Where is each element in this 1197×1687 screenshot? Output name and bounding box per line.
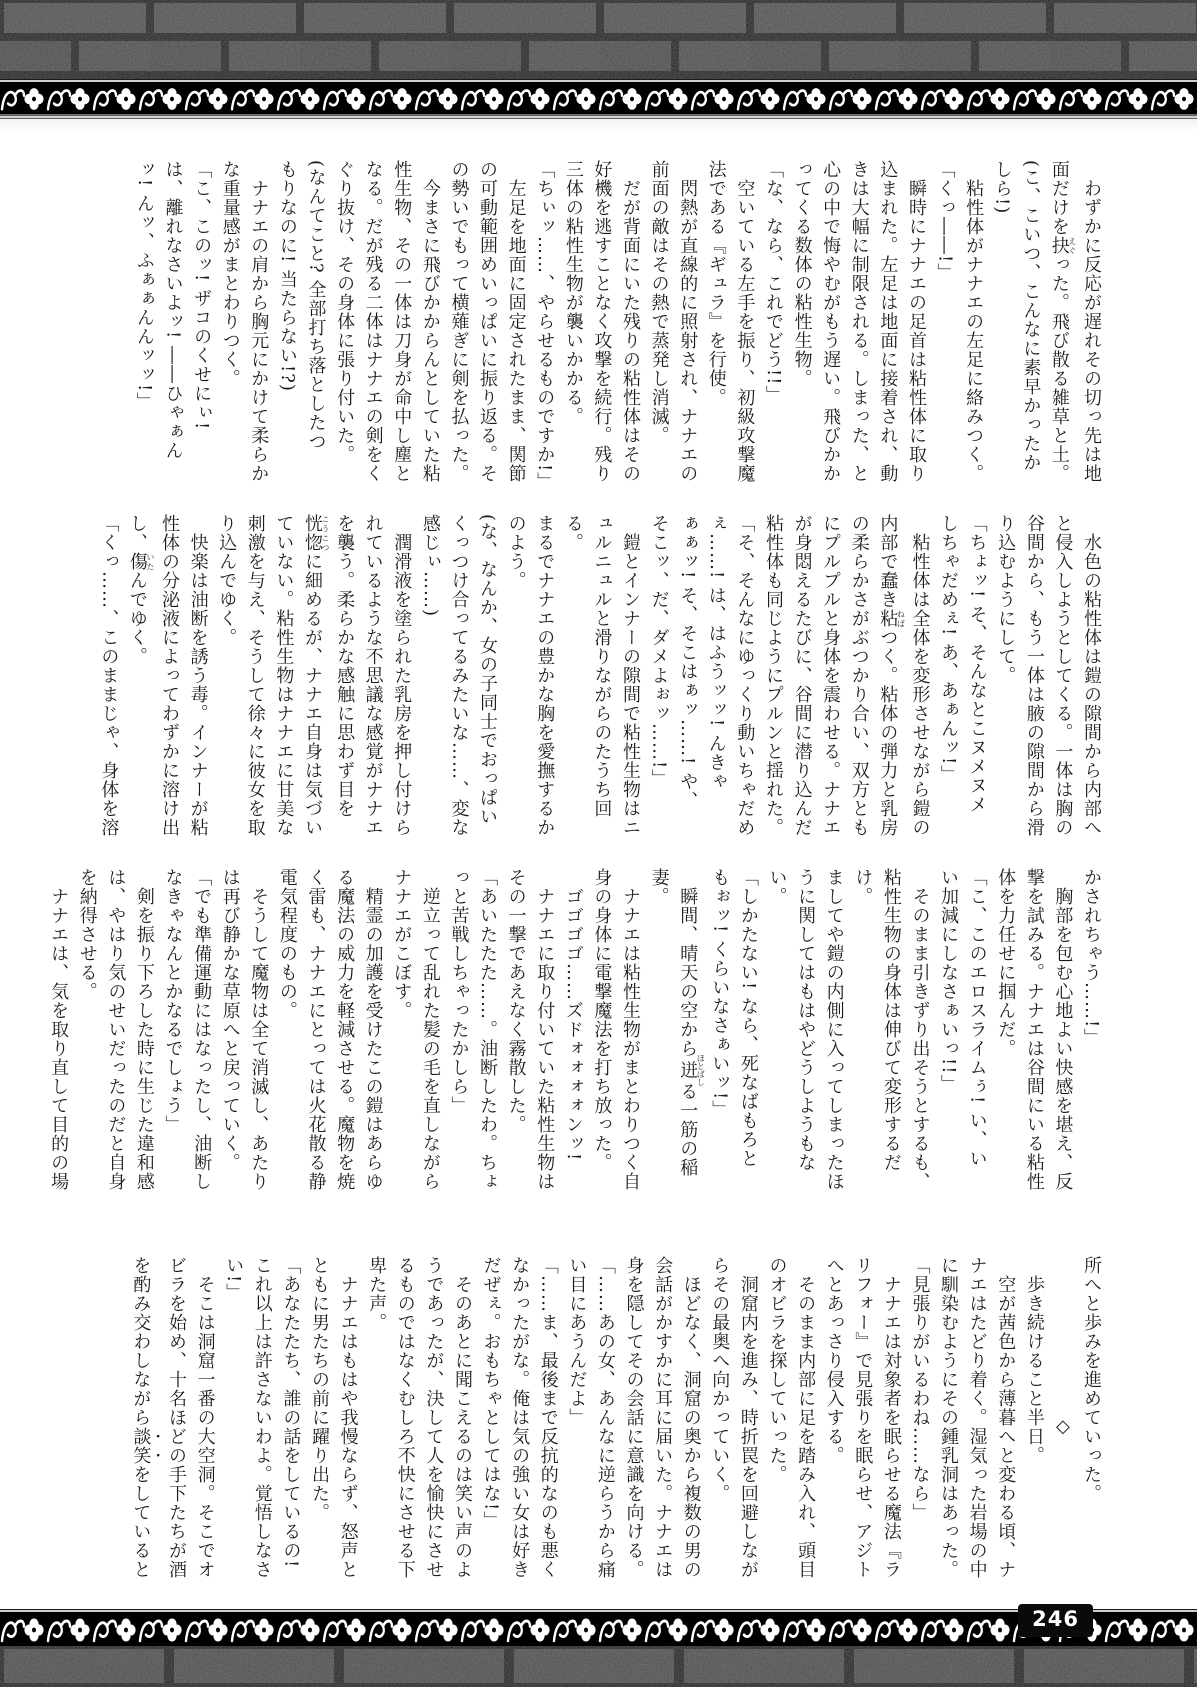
text-column: ッ! んッ、ふぁぁんんッッ!」 bbox=[129, 160, 158, 500]
text-column: そこは洞窟一番の大空洞。そこでオ bbox=[190, 1256, 219, 1598]
text-column: ましてや鎧の内側に入ってしまったほ bbox=[819, 868, 848, 1208]
text-column: ぇ……! は、はふうッッ! んきゃ bbox=[701, 514, 730, 854]
text-column: 水色の粘性体は鎧の隙間から内部へ bbox=[1076, 514, 1105, 854]
text-column: 三体の粘性生物が襲いかかる。 bbox=[558, 160, 587, 500]
text-column: 「見張りがいるわね……なら」 bbox=[905, 1256, 934, 1598]
text-column: 粘性体も同じようにプルンと揺れた。 bbox=[758, 514, 787, 854]
text-column: 所へと歩みを進めていった。 bbox=[1076, 1256, 1105, 1598]
text-column: なかったがな。俺は気の強い女は好き bbox=[505, 1256, 534, 1598]
text-column: ぁぁッ! そ、そこはぁッ……! や、 bbox=[673, 514, 702, 854]
text-column: なきゃなんとかなるでしょう」 bbox=[158, 868, 187, 1208]
text-column: 空が茜色から薄暮へと変わる頃、ナ bbox=[991, 1256, 1020, 1598]
text-column: 「……あの女、あんなに逆らうから痛 bbox=[590, 1256, 619, 1598]
text-column: 刺激を与え、そうして徐々に彼女を取 bbox=[240, 514, 269, 854]
text-column: 恍惚こうこつに細めるが、ナナエ自身は気づい bbox=[297, 514, 329, 854]
text-column: 電気程度のもの。 bbox=[272, 868, 301, 1208]
text-column: は、やはり気のせいだったのだと自身 bbox=[101, 868, 130, 1208]
text-column: ビラを始め、十名ほどの手下たちが酒 bbox=[161, 1256, 190, 1598]
text-column: 面だけを抉えぐった。飛び散る雑草と土。 bbox=[1044, 160, 1076, 500]
book-page: わずかに反応が遅れその切っ先は地面だけを抉えぐった。飛び散る雑草と土。(こ、こい… bbox=[0, 0, 1197, 1687]
text-column: 心の中で悔やむがもう遅い。飛びかか bbox=[816, 160, 845, 500]
text-column: 「こ、このッ! ザコのくせにぃ! bbox=[187, 160, 216, 500]
text-column: り込むようにして。 bbox=[991, 514, 1020, 854]
text-column: ナエはたどり着く。湿気った岩場の中 bbox=[962, 1256, 991, 1598]
text-column: ていない。粘性生物はナナエに甘美な bbox=[269, 514, 298, 854]
text-column: 左足を地面に固定されたまま、関節 bbox=[501, 160, 530, 500]
text-column: まるでナナエの豊かな胸を愛撫するか bbox=[530, 514, 559, 854]
text-column: るものではなくむしろ不快にさせる下 bbox=[390, 1256, 419, 1598]
text-column: れているような不思議な感覚がナナエ bbox=[358, 514, 387, 854]
text-column: ュルニュルと滑りながらのたうち回る。 bbox=[558, 514, 615, 854]
text-column: が身悶えるたびに、谷間に潜り込んだ bbox=[787, 514, 816, 854]
text-column: 体を力任せに掴んだ。 bbox=[991, 868, 1020, 1208]
text-column: その一撃であえなく霧散した。 bbox=[501, 868, 530, 1208]
text-column: 込まれた。左足は地面に接着され、動 bbox=[873, 160, 902, 500]
text-column: ゴゴゴゴ……ズドォォォォンッ! bbox=[558, 868, 587, 1208]
text-column: の勢いでもって横薙ぎに剣を払った。 bbox=[444, 160, 473, 500]
text-column: 内部で蠢き粘ねばつく。粘体の弾力と乳房 bbox=[873, 514, 905, 854]
text-column: 鎧とインナーの隙間で粘性生物はニ bbox=[615, 514, 644, 854]
text-column: 感じぃ……) bbox=[415, 514, 444, 854]
text-column: くっつけ合ってるみたいな……、変な bbox=[444, 514, 473, 854]
text-column: り込んでゆく。 bbox=[212, 514, 241, 854]
text-column: 谷間から、もう一体は腋の隙間から滑 bbox=[1019, 514, 1048, 854]
page-number: 246 bbox=[1018, 1604, 1093, 1637]
text-column: し、傷いたんでゆく。 bbox=[122, 514, 154, 854]
text-column: ぐり抜け、その身体に張り付いた。 bbox=[329, 160, 358, 500]
text-column: 「そ、そんなにゆっくり動いちゃだめ bbox=[730, 514, 759, 854]
text-column: ともに男たちの前に躍り出た。 bbox=[304, 1256, 333, 1598]
text-column: 「あなたたち、誰の話をしているの! bbox=[276, 1256, 305, 1598]
text-column: 粘性体がナナエの左足に絡みつく。 bbox=[959, 160, 988, 500]
text-column: 快楽は油断を誘う毒。インナーが粘 bbox=[183, 514, 212, 854]
text-column: 今まさに飛びかからんとしていた粘 bbox=[415, 160, 444, 500]
text-column: 前面の敵はその熱で蒸発し消滅。 bbox=[644, 160, 673, 500]
text-column: 「ちょッ! そ、そんなとこヌメヌメ bbox=[962, 514, 991, 854]
text-column: そのまま内部に足を踏み入れ、頭目 bbox=[790, 1256, 819, 1598]
text-band-1: わずかに反応が遅れその切っ先は地面だけを抉えぐった。飛び散る雑草と土。(こ、こい… bbox=[130, 160, 1105, 500]
text-band-4: 所へと歩みを進めていった。◇ 歩き続けること半日。 空が茜色から薄暮へと変わる頃… bbox=[130, 1256, 1105, 1598]
text-column: ナナエに取り付いていた粘性生物は bbox=[530, 868, 559, 1208]
text-column: 瞬間、晴天の空から迸ほとばしる一筋の稲妻。 bbox=[644, 868, 705, 1208]
text-column: (なんてこと? 全部打ち落としたつ bbox=[301, 160, 330, 500]
text-column: そのあとに聞こえるのは笑い声のよ bbox=[447, 1256, 476, 1598]
text-column: 粘性体は全体を変形させながら鎧の bbox=[905, 514, 934, 854]
text-column: だが背面にいた残りの粘性体はその bbox=[615, 160, 644, 500]
text-column: なる。だが残る二体はナナエの剣をく bbox=[358, 160, 387, 500]
text-column: く雷も、ナナエにとっては火花散る静 bbox=[301, 868, 330, 1208]
text-column: 「しかたない! なら、死なばもろと bbox=[733, 868, 762, 1208]
text-column: 逆立って乱れた髪の毛を直しながら bbox=[415, 868, 444, 1208]
text-column: は、離れなさいよッ! ――ひゃぁん bbox=[158, 160, 187, 500]
text-column: の柔らかさがぶつかり合い、双方とも bbox=[844, 514, 873, 854]
text-column: い!」 bbox=[219, 1256, 248, 1598]
ornament-border-top bbox=[0, 80, 1197, 118]
text-column: を納得させる。 bbox=[72, 868, 101, 1208]
text-column: の可動範囲めいっぱいに振り返る。そ bbox=[472, 160, 501, 500]
text-column: そこッ、だ、ダメよぉッ……!」 bbox=[644, 514, 673, 854]
text-column: 「でも準備運動にはなったし、油断し bbox=[187, 868, 216, 1208]
text-column: 撃を試みる。ナナエは谷間にいる粘性 bbox=[1019, 868, 1048, 1208]
text-column: 精霊の加護を受けたこの鎧はあらゆ bbox=[358, 868, 387, 1208]
text-column: かされちゃう……!」 bbox=[1076, 868, 1105, 1208]
text-column: だぜぇ。おもちゃとしてはな!」 bbox=[476, 1256, 505, 1598]
text-column: そのまま引きずり出そうとするも、 bbox=[905, 868, 934, 1208]
text-column: ◇ bbox=[1048, 1256, 1077, 1598]
text-band-2: 水色の粘性体は鎧の隙間から内部へと侵入しようとしてくる。一体は胸の谷間から、もう… bbox=[130, 514, 1105, 854]
text-column: 身の身体に電撃魔法を打ち放った。 bbox=[587, 868, 616, 1208]
emphasis-text: 談笑 bbox=[130, 1427, 151, 1465]
text-column: 「……ま、最後まで反抗的なのも悪く bbox=[533, 1256, 562, 1598]
text-column: 「ちぃッ……、やらせるものですか!」 bbox=[530, 160, 559, 500]
text-column: らその最奥へ向かっていく。 bbox=[705, 1256, 734, 1598]
text-column: 瞬時にナナエの足首は粘性体に取り bbox=[901, 160, 930, 500]
text-column: きは大幅に制限される。しまった、と bbox=[844, 160, 873, 500]
text-column: ほどなく、洞窟の奥から複数の男の bbox=[676, 1256, 705, 1598]
text-column: リフォー』で見張りを眠らせ、アジト bbox=[848, 1256, 877, 1598]
text-column: 会話がかすかに耳に届いた。ナナエは bbox=[648, 1256, 677, 1598]
text-column: は再び静かな草原へと戻っていく。 bbox=[215, 868, 244, 1208]
text-column: しら!) bbox=[987, 160, 1016, 500]
text-column: ナナエはもはや我慢ならず、怒声と bbox=[333, 1256, 362, 1598]
text-column: のオビラを探していった。 bbox=[762, 1256, 791, 1598]
text-column: 歩き続けること半日。 bbox=[1019, 1256, 1048, 1598]
text-column: へとあっさり侵入する。 bbox=[819, 1256, 848, 1598]
text-column: 身を隠してその会話に意識を向ける。 bbox=[619, 1256, 648, 1598]
text-column: これ以上は許さないわよ。覚悟しなさ bbox=[247, 1256, 276, 1598]
text-column: もぉッ! くらいなさぁいッ!」 bbox=[705, 868, 734, 1208]
text-column: もりなのに! 当たらない!?) bbox=[272, 160, 301, 500]
text-column: ナナエは対象者を眠らせる魔法『ラ bbox=[876, 1256, 905, 1598]
text-column: 胸部を包む心地よい快感を堪え、反 bbox=[1048, 868, 1077, 1208]
text-column: のよう。 bbox=[501, 514, 530, 854]
text-column: (な、なんか、女の子同士でおっぱい bbox=[472, 514, 501, 854]
text-column: うに関してはもはやどうしようもない。 bbox=[762, 868, 819, 1208]
text-column: 剣を振り下ろした時に生じた違和感 bbox=[129, 868, 158, 1208]
ornament-pattern bbox=[0, 82, 1197, 116]
text-column: な重量感がまとわりつく。 bbox=[215, 160, 244, 500]
text-column: しちゃだめぇ! あ、あぁんッ!」 bbox=[933, 514, 962, 854]
text-column: ナナエは粘性生物がまとわりつく自 bbox=[615, 868, 644, 1208]
text-column: ナナエは、気を取り直して目的の場 bbox=[44, 868, 73, 1208]
text-column: い加減にしなさぁいっ!!」 bbox=[933, 868, 962, 1208]
text-column: にプルプルと身体を震わせる。ナナエ bbox=[816, 514, 845, 854]
text-column: 「こ、このエロスライムぅ! い、い bbox=[962, 868, 991, 1208]
text-column: (こ、こいつ、こんなに素早かったか bbox=[1016, 160, 1045, 500]
text-column: い目にあうんだよ」 bbox=[562, 1256, 591, 1598]
text-column: 洞窟内を進み、時折罠を回避しなが bbox=[733, 1256, 762, 1598]
brick-texture-top bbox=[0, 0, 1197, 80]
text-column: 卑た声。 bbox=[362, 1256, 391, 1598]
text-column: わずかに反応が遅れその切っ先は地 bbox=[1076, 160, 1105, 500]
text-column: を襲う。柔らかな感触に思わず目を bbox=[329, 514, 358, 854]
text-column: 性体の分泌液によってわずかに溶け出 bbox=[154, 514, 183, 854]
text-column: そうして魔物は全て消滅し、あたり bbox=[244, 868, 273, 1208]
text-column: っと苦戦しちゃったかしら」 bbox=[444, 868, 473, 1208]
text-column: 潤滑液を塗られた乳房を押し付けら bbox=[387, 514, 416, 854]
text-column: 「くっ――!」 bbox=[930, 160, 959, 500]
text-column: に馴染むようにその鍾乳洞はあった。 bbox=[933, 1256, 962, 1598]
text-column: 性生物、その一体は刀身が命中し塵と bbox=[387, 160, 416, 500]
text-column: 閃熱が直線的に照射され、ナナエの bbox=[673, 160, 702, 500]
text-column: 「くっ……、このままじゃ、身体を溶 bbox=[94, 514, 123, 854]
text-band-3: かされちゃう……!」 胸部を包む心地よい快感を堪え、反撃を試みる。ナナエは谷間に… bbox=[130, 868, 1105, 1208]
text-column: 法である『ギュラ』を行使。 bbox=[701, 160, 730, 500]
text-column: 粘性生物の身体は伸びて変形するだけ。 bbox=[848, 868, 905, 1208]
text-column: 好機を逃すことなく攻撃を続行。残り bbox=[587, 160, 616, 500]
text-column: 「な、なら、これでどう!!」 bbox=[758, 160, 787, 500]
text-column: ナナエの肩から胸元にかけて柔らか bbox=[244, 160, 273, 500]
text-column: 空いている左手を振り、初級攻撃魔 bbox=[730, 160, 759, 500]
text-column: と侵入しようとしてくる。一体は胸の bbox=[1048, 514, 1077, 854]
text-column: 「あいたたた……。油断したわ。ちょ bbox=[472, 868, 501, 1208]
text-column: る魔法の威力を軽減させる。魔物を焼 bbox=[329, 868, 358, 1208]
text-column: うであったが、決して人を愉快にさせ bbox=[419, 1256, 448, 1598]
brick-texture-bottom bbox=[0, 1646, 1197, 1687]
text-column: ってくる数体の粘性生物。 bbox=[787, 160, 816, 500]
text-column: ナナエがこぼす。 bbox=[387, 868, 416, 1208]
text-column: を酌み交わしながら談笑をしていると bbox=[126, 1256, 162, 1598]
